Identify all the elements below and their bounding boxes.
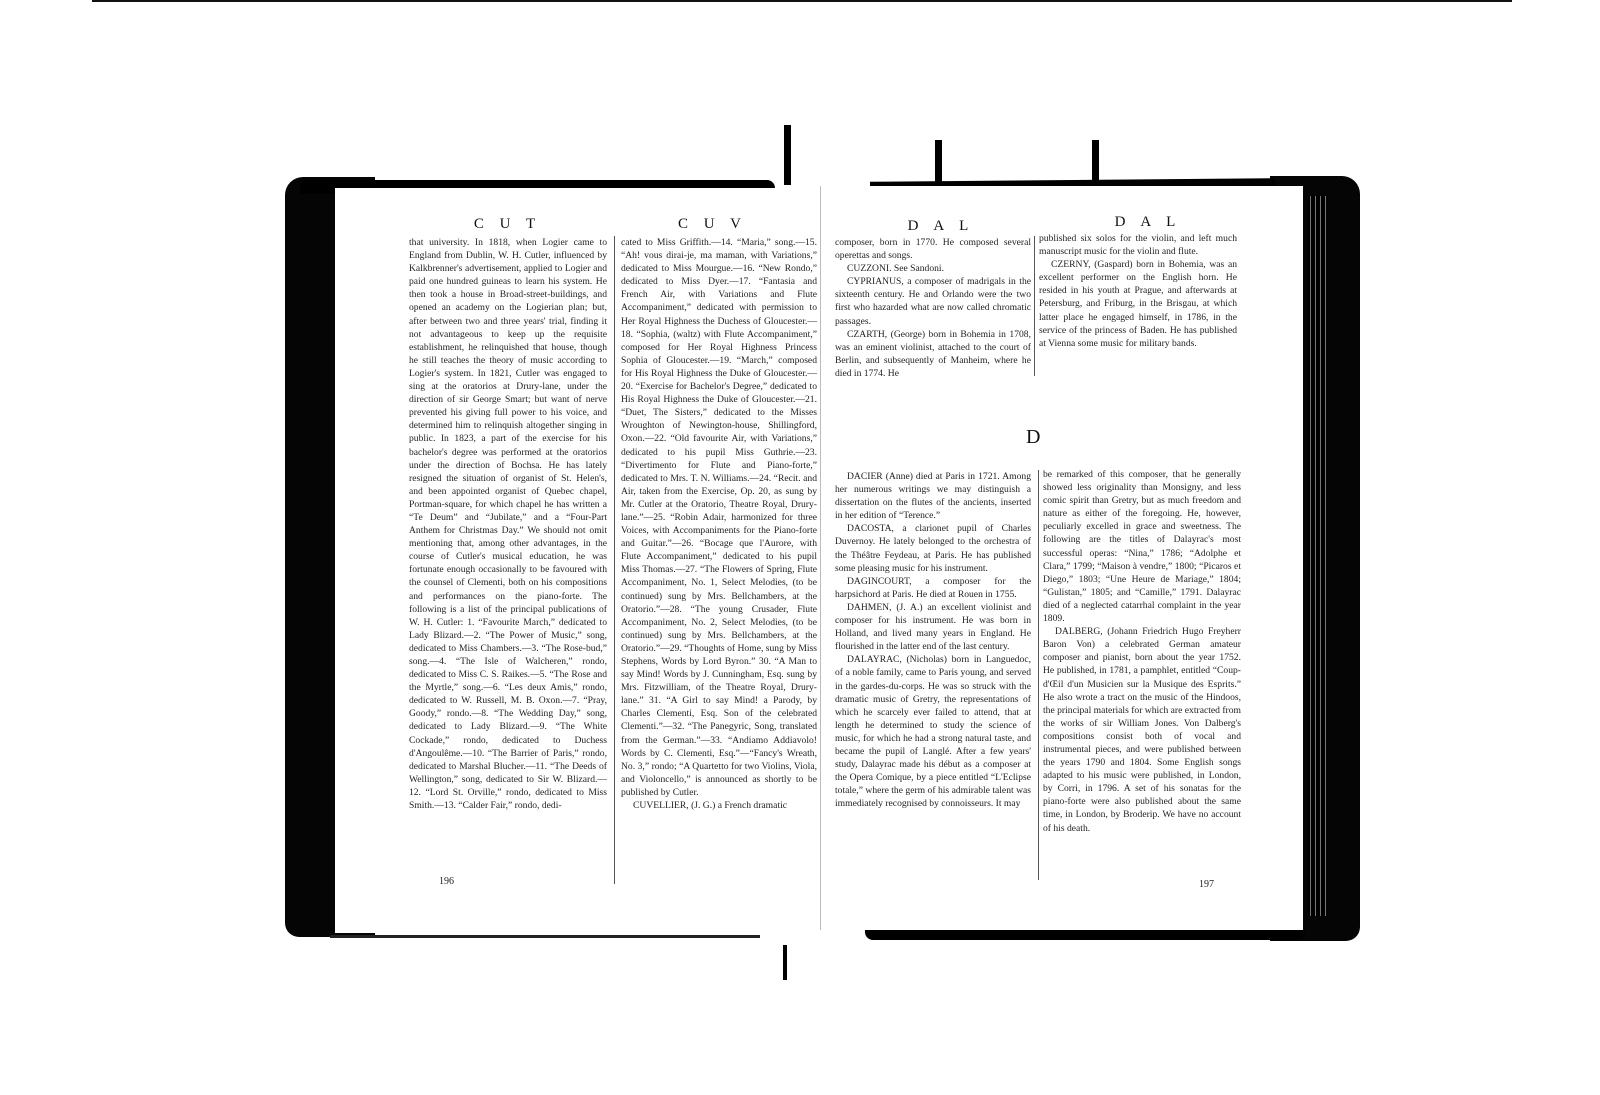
- paragraph: that university. In 1818, when Logier ca…: [409, 236, 607, 812]
- clip-mark: [1092, 140, 1099, 185]
- paragraph: DACOSTA, a clarionet pupil of Charles Du…: [835, 522, 1031, 574]
- text-column: cated to Miss Griffith.—14. “Maria,” son…: [621, 236, 817, 886]
- paragraph: CZERNY, (Gaspard) born in Bohemia, was a…: [1039, 258, 1237, 350]
- paragraph: DALBERG, (Johann Friedrich Hugo Freyherr…: [1043, 625, 1241, 835]
- text-column: that university. In 1818, when Logier ca…: [409, 236, 607, 886]
- paragraph: CYPRIANUS, a composer of madrigals in th…: [835, 275, 1031, 327]
- paragraph: cated to Miss Griffith.—14. “Maria,” son…: [621, 236, 817, 799]
- paragraph: CUZZONI. See Sandoni.: [835, 262, 1031, 275]
- paragraph: be remarked of this composer, that he ge…: [1043, 468, 1241, 625]
- right-cover-bottom-edge: [865, 930, 1305, 940]
- text-column: DACIER (Anne) died at Paris in 1721. Amo…: [835, 470, 1031, 890]
- paragraph: DAHMEN, (J. A.) an excellent violinist a…: [835, 601, 1031, 653]
- running-head: D A L: [1043, 214, 1253, 231]
- text-column: composer, born in 1770. He composed seve…: [835, 236, 1031, 386]
- paragraph: DAGINCOURT, a composer for the harpsicho…: [835, 575, 1031, 601]
- text-column: published six solos for the violin, and …: [1039, 232, 1237, 382]
- running-head: C U T: [405, 216, 610, 233]
- left-cover-bottom-edge: [330, 935, 760, 938]
- column-rule: [614, 236, 615, 884]
- text-column: be remarked of this composer, that he ge…: [1043, 468, 1241, 888]
- right-page: D A L D A L composer, born in 1770. He c…: [820, 186, 1303, 930]
- paragraph: CUVELLIER, (J. G.) a French dramatic: [621, 799, 817, 812]
- paragraph: CZARTH, (George) born in Bohemia in 1708…: [835, 328, 1031, 380]
- section-letter: D: [1026, 426, 1040, 449]
- column-rule: [1038, 470, 1039, 880]
- page-number: 196: [439, 876, 454, 887]
- clip-mark: [784, 125, 791, 185]
- running-head: C U V: [610, 216, 815, 233]
- paragraph: composer, born in 1770. He composed seve…: [835, 236, 1031, 262]
- paragraph: DACIER (Anne) died at Paris in 1721. Amo…: [835, 470, 1031, 522]
- scan-top-rule: [92, 0, 1512, 2]
- left-page: C U T C U V that university. In 1818, wh…: [335, 188, 815, 933]
- column-rule: [1034, 236, 1035, 376]
- page-number: 197: [1199, 879, 1214, 890]
- running-head: D A L: [841, 218, 1041, 235]
- paragraph: published six solos for the violin, and …: [1039, 232, 1237, 258]
- paragraph: DALAYRAC, (Nicholas) born in Languedoc, …: [835, 653, 1031, 810]
- clip-mark: [783, 945, 787, 980]
- clip-mark: [935, 140, 942, 185]
